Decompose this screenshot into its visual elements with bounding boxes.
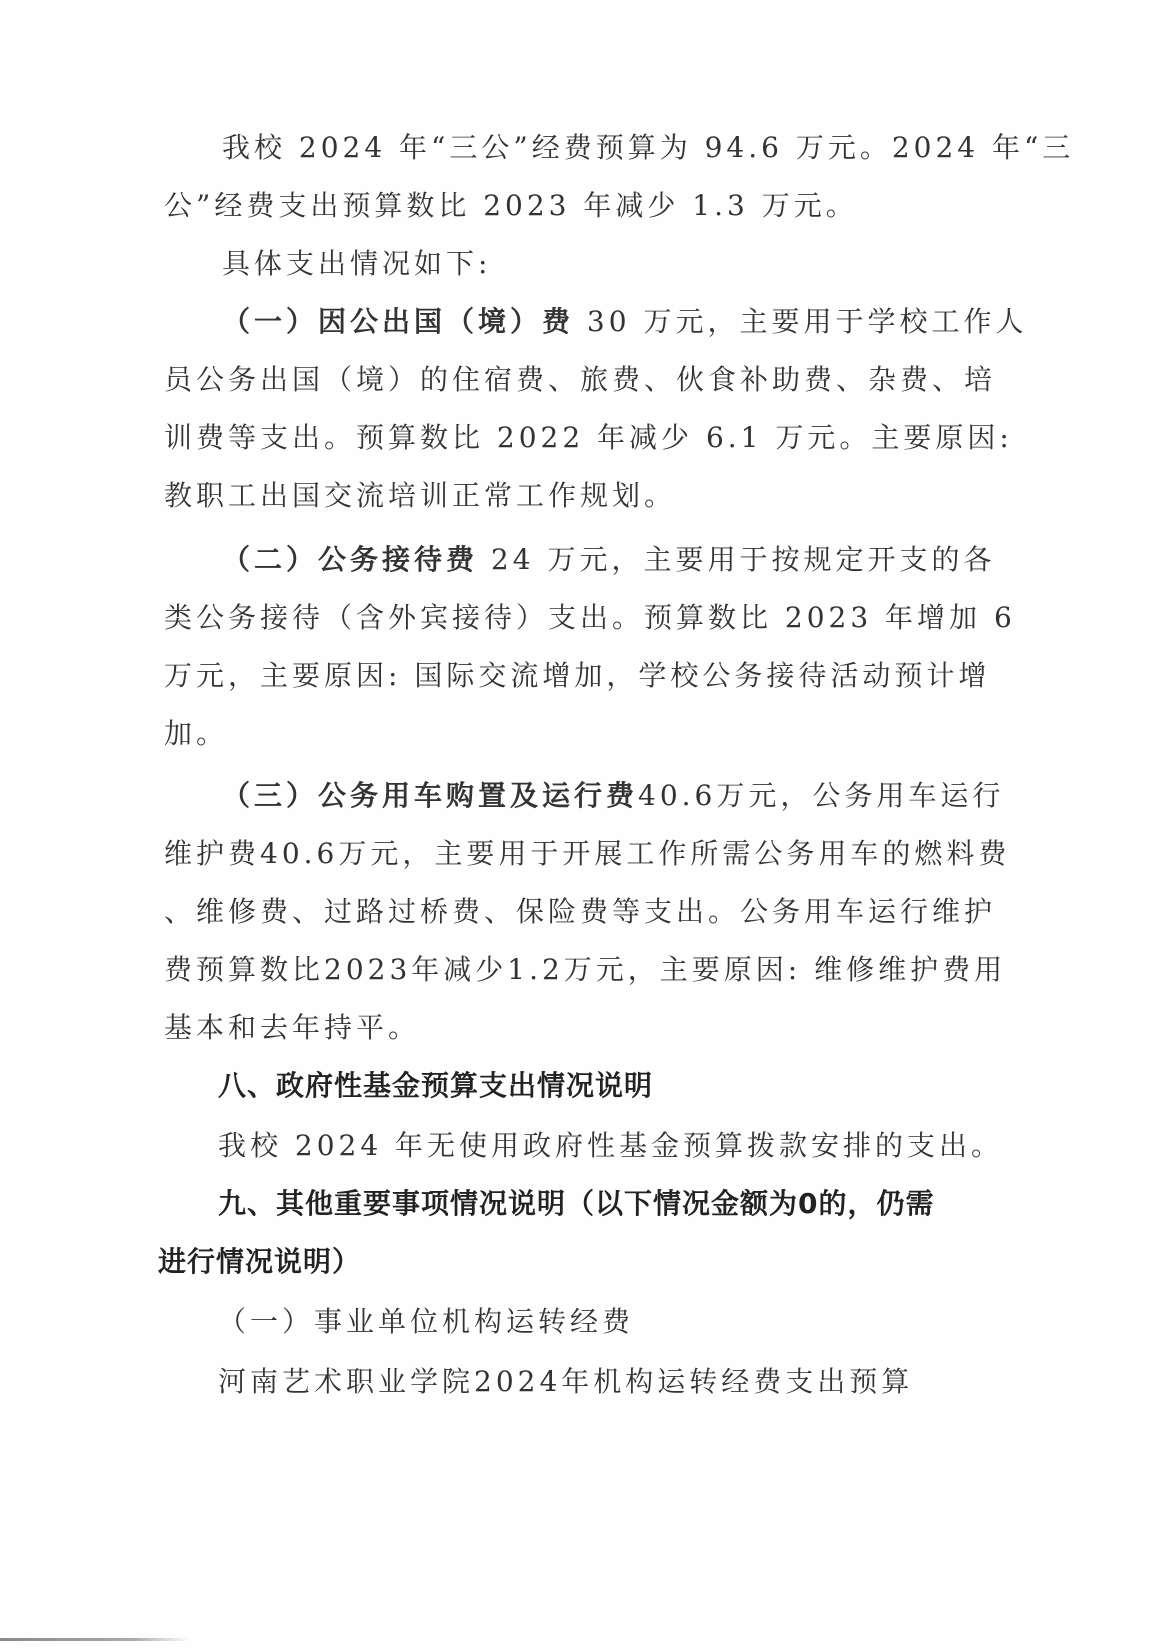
item-3-label: （三）公务用车购置及运行费 bbox=[222, 779, 638, 812]
item-3-line-3: 、维修费、过路过桥费、保险费等支出。公务用车运行维护 bbox=[164, 892, 996, 932]
item-3-line-4: 费预算数比2023年减少1.2万元，主要原因: 维修维护费用 bbox=[164, 950, 1006, 990]
item-1-line-2: 员公务出国（境）的住宿费、旅费、伙食补助费、杂费、培 bbox=[164, 360, 996, 400]
intro-line-1: 我校 2024 年“三公”经费预算为 94.6 万元。2024 年“三 bbox=[222, 128, 1074, 168]
item-1-line-1: （一）因公出国（境）费 30 万元，主要用于学校工作人 bbox=[222, 302, 1027, 342]
item-3-line-5: 基本和去年持平。 bbox=[164, 1008, 420, 1048]
item-3-text: 40.6万元，公务用车运行 bbox=[638, 779, 1004, 812]
document-page: 我校 2024 年“三公”经费预算为 94.6 万元。2024 年“三 公”经费… bbox=[0, 0, 1156, 1648]
item-2-line-3: 万元，主要原因: 国际交流增加，学校公务接待活动预计增 bbox=[164, 656, 990, 696]
item-2-text: 24 万元，主要用于按规定开支的各 bbox=[478, 543, 995, 576]
section-8-heading: 八、政府性基金预算支出情况说明 bbox=[218, 1066, 653, 1106]
item-3-line-1: （三）公务用车购置及运行费40.6万元，公务用车运行 bbox=[222, 776, 1004, 816]
item-1-text: 30 万元，主要用于学校工作人 bbox=[574, 305, 1027, 338]
page-edge-line bbox=[0, 1638, 190, 1641]
item-2-line-2: 类公务接待（含外宾接待）支出。预算数比 2023 年增加 6 bbox=[164, 598, 1016, 638]
item-2-line-4: 加。 bbox=[164, 714, 228, 754]
section-8-text: 我校 2024 年无使用政府性基金预算拨款安排的支出。 bbox=[218, 1126, 1003, 1166]
item-1-label: （一）因公出国（境）费 bbox=[222, 305, 574, 338]
section-9-heading-line-1: 九、其他重要事项情况说明（以下情况金额为0的，仍需 bbox=[218, 1184, 935, 1224]
details-intro: 具体支出情况如下: bbox=[222, 244, 491, 284]
intro-line-2: 公”经费支出预算数比 2023 年减少 1.3 万元。 bbox=[164, 186, 858, 226]
item-2-line-1: （二）公务接待费 24 万元，主要用于按规定开支的各 bbox=[222, 540, 995, 580]
item-3-line-2: 维护费40.6万元，主要用于开展工作所需公务用车的燃料费 bbox=[164, 834, 1010, 874]
section-9-heading-line-2: 进行情况说明） bbox=[158, 1242, 361, 1282]
section-9-1-text: 河南艺术职业学院2024年机构运转经费支出预算 bbox=[218, 1362, 913, 1402]
item-2-label: （二）公务接待费 bbox=[222, 543, 478, 576]
section-9-1-heading: （一）事业单位机构运转经费 bbox=[218, 1302, 634, 1342]
item-1-line-3: 训费等支出。预算数比 2022 年减少 6.1 万元。主要原因: bbox=[164, 418, 1013, 458]
item-1-line-4: 教职工出国交流培训正常工作规划。 bbox=[164, 476, 676, 516]
